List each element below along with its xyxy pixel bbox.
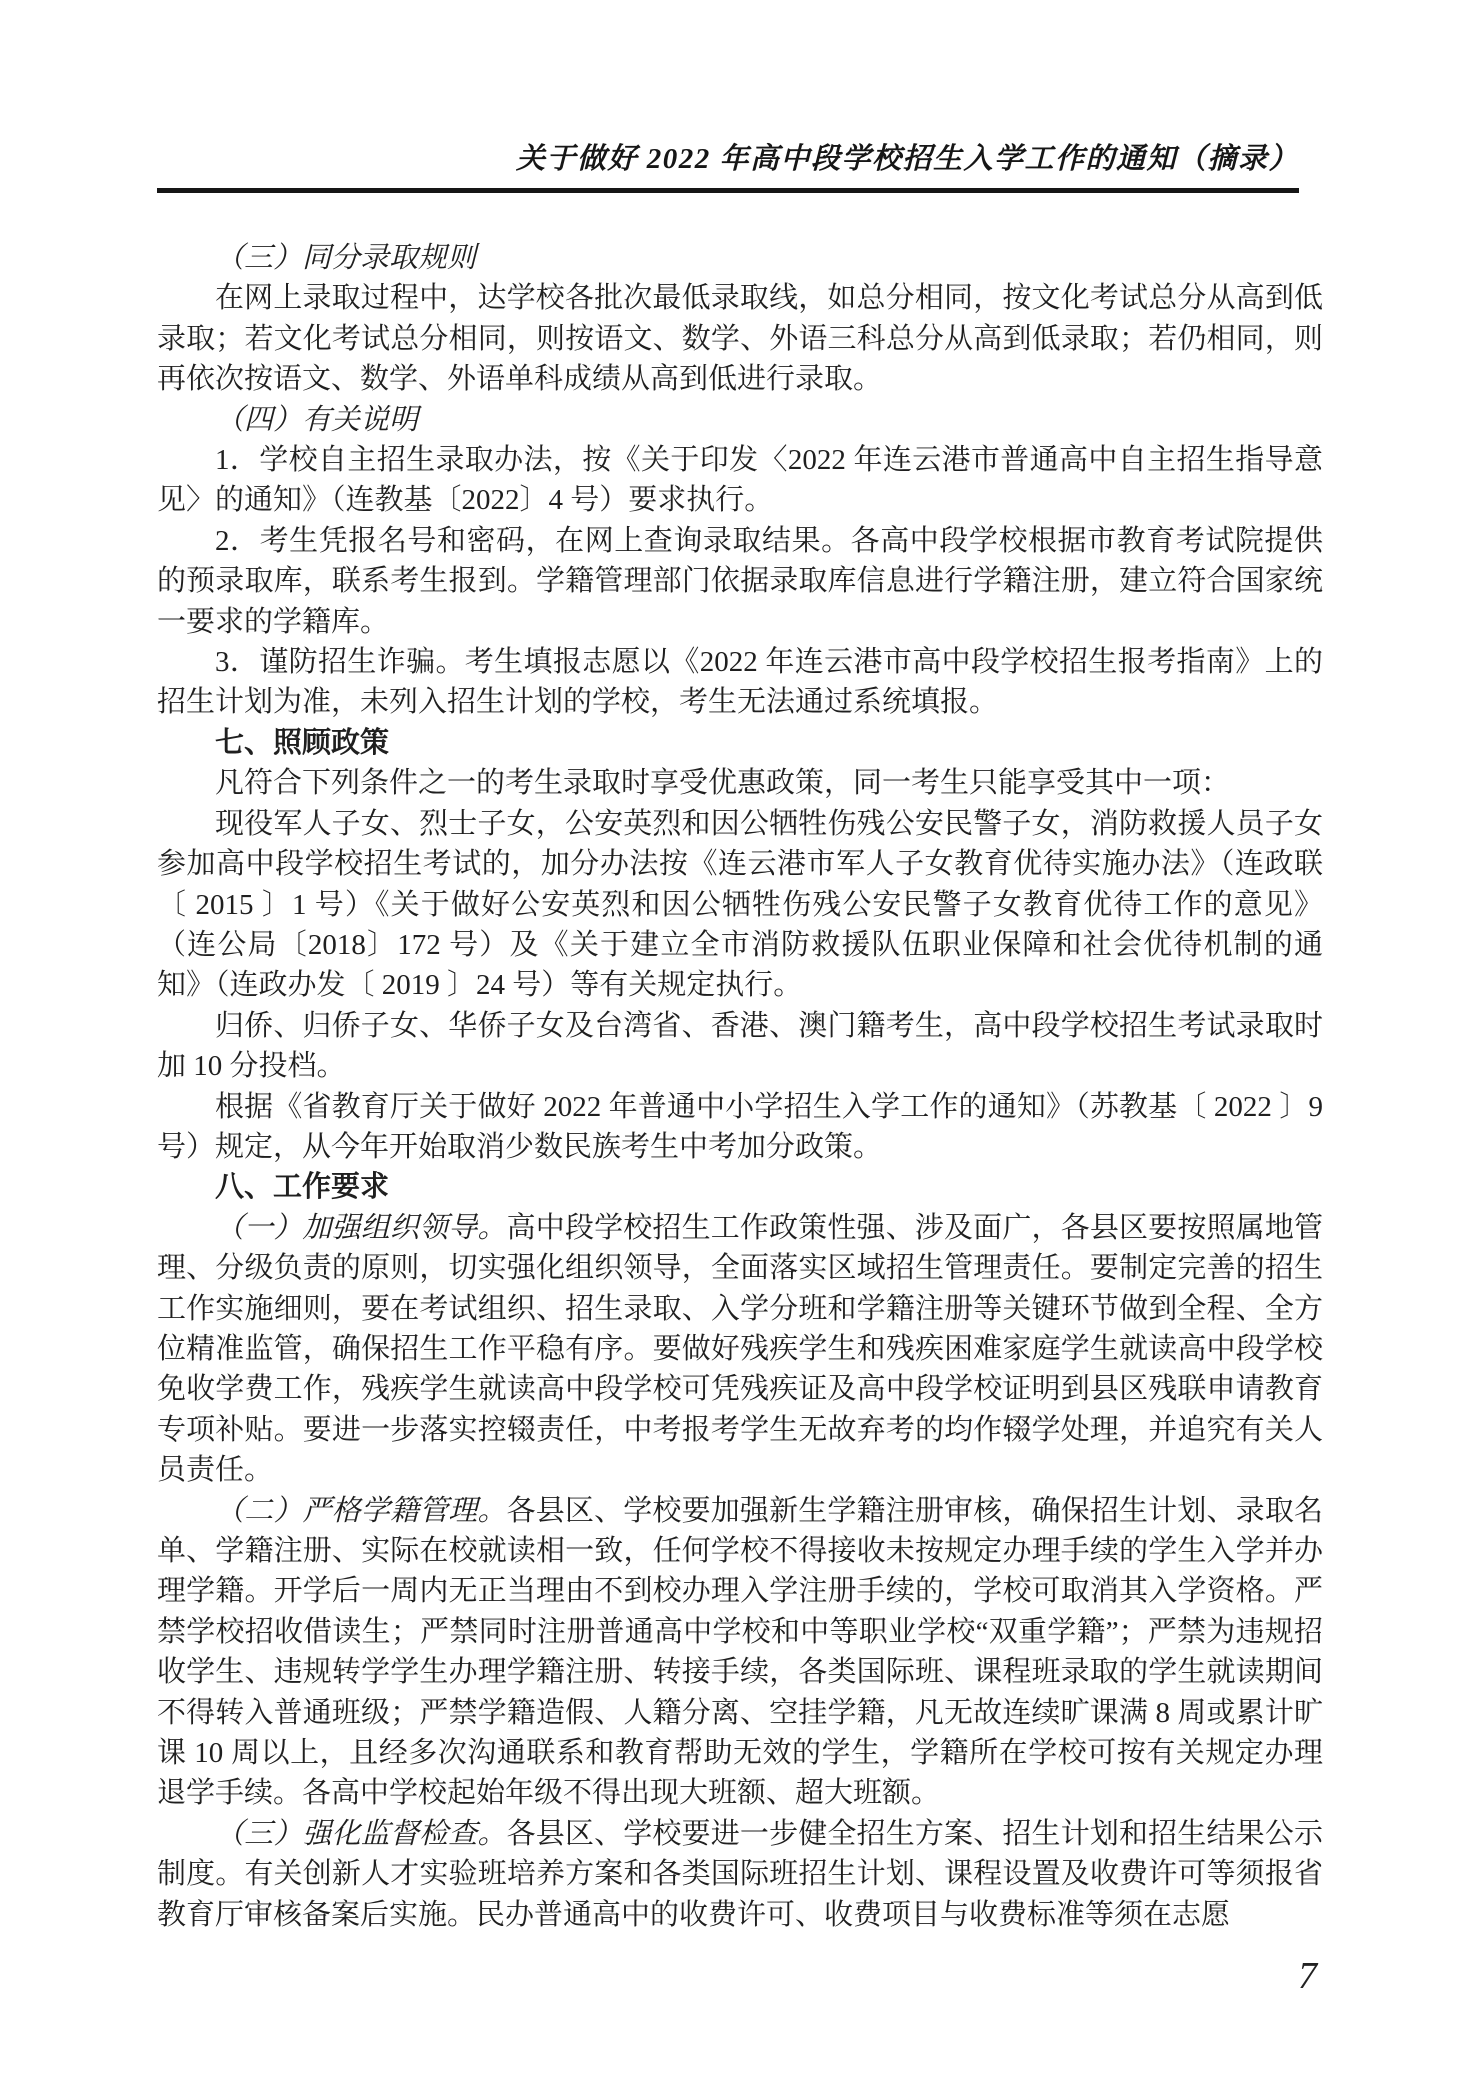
- para-note-2-result-query: 2．考生凭报名号和密码，在网上查询录取结果。各高中段学校根据市教育考试院提供的预…: [157, 521, 1323, 642]
- para-note-1-self-enrollment: 1．学校自主招生录取办法，按《关于印发〈2022 年连云港市普通高中自主招生指导…: [157, 440, 1323, 521]
- subheading-related-notes: （四）有关说明: [157, 400, 1323, 440]
- document-content: （三）同分录取规则 在网上录取过程中，达学校各批次最低录取线，如总分相同，按文化…: [157, 238, 1323, 1935]
- header-title: 关于做好 2022 年高中段学校招生入学工作的通知（摘录）: [157, 136, 1299, 177]
- para-work-req-1-lead: （一）加强组织领导。: [215, 1212, 507, 1244]
- heading-section-8-work-requirements: 八、工作要求: [157, 1167, 1323, 1207]
- header-rule: [157, 188, 1299, 193]
- para-work-req-3-lead: （三）强化监督检查。: [215, 1818, 507, 1850]
- document-page: 关于做好 2022 年高中段学校招生入学工作的通知（摘录） （三）同分录取规则 …: [0, 0, 1480, 2094]
- para-online-admission-process: 在网上录取过程中，达学校各批次最低录取线，如总分相同，按文化考试总分从高到低录取…: [157, 278, 1323, 399]
- para-preferential-intro: 凡符合下列条件之一的考生录取时享受优惠政策，同一考生只能享受其中一项：: [157, 763, 1323, 803]
- para-work-req-3-supervision: （三）强化监督检查。各县区、学校要进一步健全招生方案、招生计划和招生结果公示制度…: [157, 1814, 1323, 1935]
- subheading-same-score-admission-rules: （三）同分录取规则: [157, 238, 1323, 278]
- para-work-req-2-lead: （二）严格学籍管理。: [215, 1495, 507, 1527]
- para-work-req-2-student-status: （二）严格学籍管理。各县区、学校要加强新生学籍注册审核，确保招生计划、录取名单、…: [157, 1491, 1323, 1814]
- heading-section-7-preferential-policy: 七、照顾政策: [157, 723, 1323, 763]
- para-ethnic-minority-policy: 根据《省教育厅关于做好 2022 年普通中小学招生入学工作的通知》（苏教基〔 2…: [157, 1087, 1323, 1168]
- para-work-req-1-body: 高中段学校招生工作政策性强、涉及面广，各县区要按照属地管理、分级负责的原则，切实…: [157, 1212, 1323, 1486]
- para-note-3-fraud-warning: 3．谨防招生诈骗。考生填报志愿以《2022 年连云港市高中段学校招生报考指南》上…: [157, 642, 1323, 723]
- para-military-police-children: 现役军人子女、烈士子女，公安英烈和因公牺牲伤残公安民警子女，消防救援人员子女参加…: [157, 804, 1323, 1006]
- para-overseas-chinese-bonus: 归侨、归侨子女、华侨子女及台湾省、香港、澳门籍考生，高中段学校招生考试录取时加 …: [157, 1006, 1323, 1087]
- para-work-req-2-body: 各县区、学校要加强新生学籍注册审核，确保招生计划、录取名单、学籍注册、实际在校就…: [157, 1495, 1323, 1810]
- para-work-req-1-organization: （一）加强组织领导。高中段学校招生工作政策性强、涉及面广，各县区要按照属地管理、…: [157, 1208, 1323, 1491]
- page-number: 7: [1298, 1954, 1317, 1998]
